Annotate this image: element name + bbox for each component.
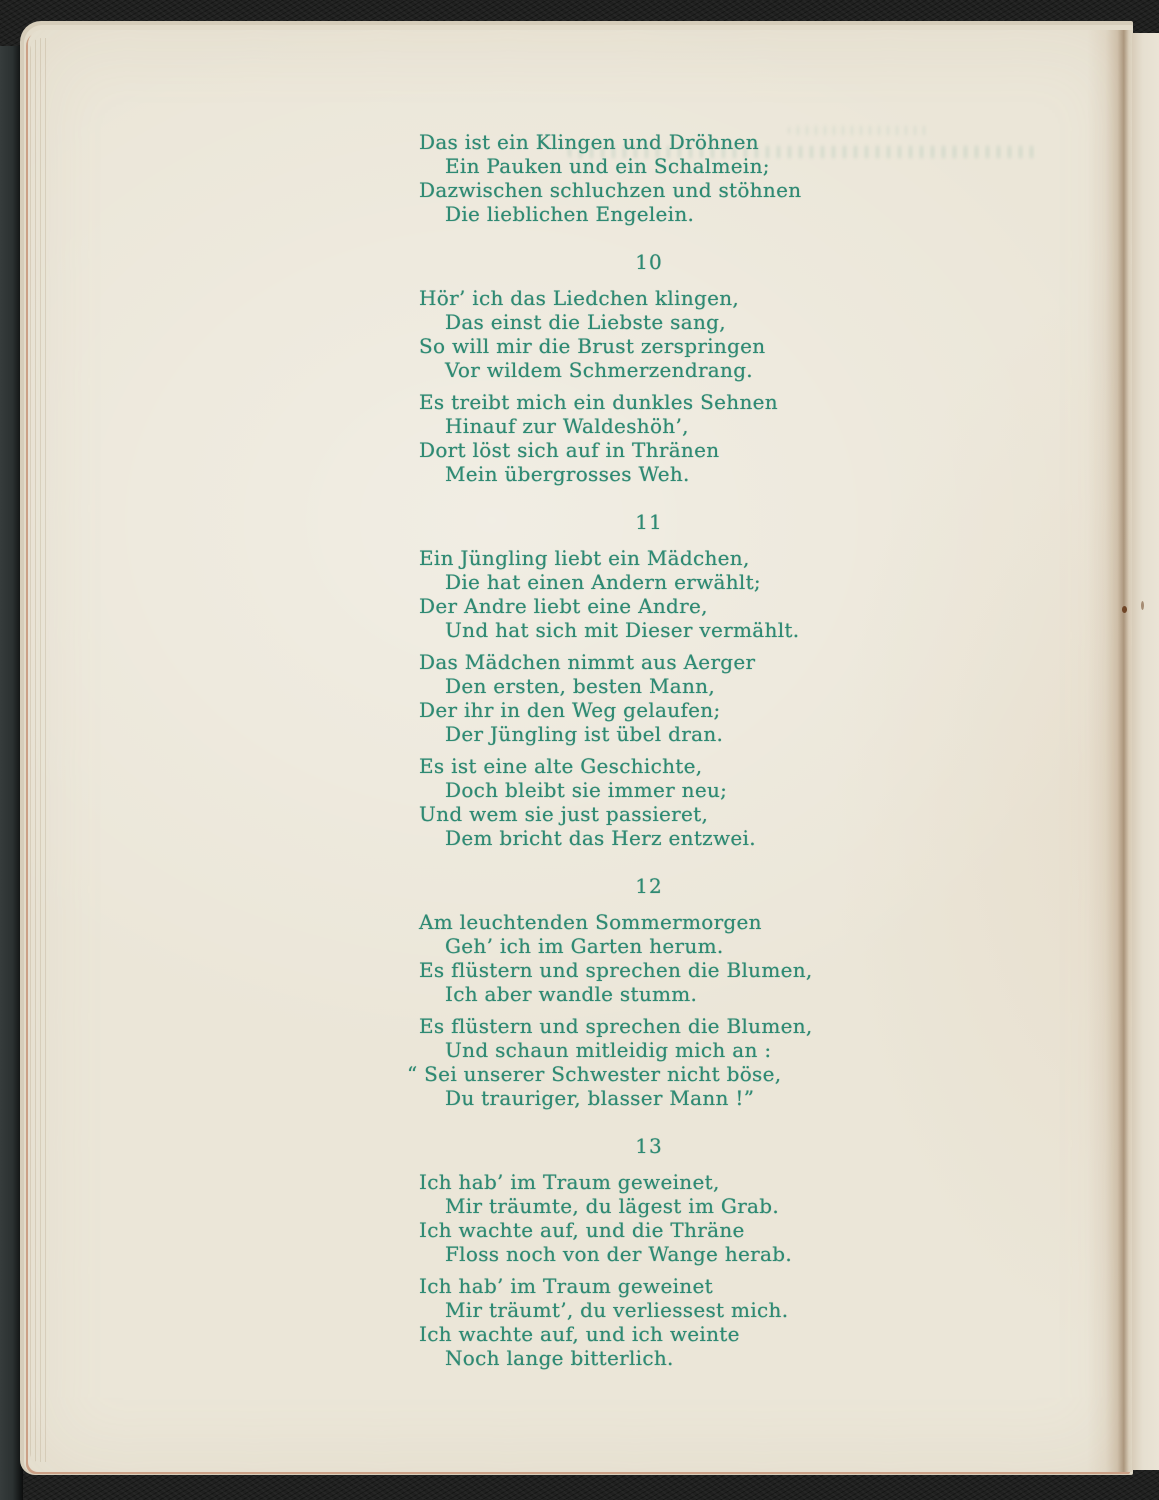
verse-line: Es treibt mich ein dunkles Sehnen <box>419 390 879 414</box>
verse-line: Dazwischen schluchzen und stöhnen <box>419 178 879 202</box>
stanza-number: 12 <box>419 874 879 898</box>
verse-line: Die lieblichen Engelein. <box>419 202 879 226</box>
verse-line: Es flüstern und sprechen die Blumen, <box>419 958 879 982</box>
verse-line: Mir träumt’, du verliessest mich. <box>419 1298 879 1322</box>
verse-line: Hör’ ich das Liedchen klingen, <box>419 286 879 310</box>
verse-line: Hinauf zur Waldeshöh’, <box>419 414 879 438</box>
verse-line: Der Jüngling ist übel dran. <box>419 722 879 746</box>
verse-line: Floss noch von der Wange herab. <box>419 1242 879 1266</box>
scan-photo: Das ist ein Klingen und Dröhnen Ein Pauk… <box>0 0 1159 1500</box>
paper-speck <box>1141 601 1144 610</box>
stanza-continuation: Das ist ein Klingen und Dröhnen Ein Pauk… <box>419 130 879 226</box>
verse-line: Mein übergrosses Weh. <box>419 462 879 486</box>
verse-line: Ein Jüngling liebt ein Mädchen, <box>419 546 879 570</box>
verse-line: So will mir die Brust zerspringen <box>419 334 879 358</box>
verse-line: Ich hab’ im Traum geweinet <box>419 1274 879 1298</box>
verse-line: Ich wachte auf, und ich weinte <box>419 1322 879 1346</box>
verse-line: Und schaun mitleidig mich an : <box>419 1038 879 1062</box>
verse-line: Es ist eine alte Geschichte, <box>419 754 879 778</box>
book-page: Das ist ein Klingen und Dröhnen Ein Pauk… <box>28 30 1132 1472</box>
verse-line: Am leuchtenden Sommermorgen <box>419 910 879 934</box>
stanza-11-quatrain-2: Das Mädchen nimmt aus Aerger Den ersten,… <box>419 650 879 746</box>
stanza-number: 10 <box>419 250 879 274</box>
stanza-11-quatrain-1: Ein Jüngling liebt ein Mädchen, Die hat … <box>419 546 879 642</box>
poem-text: Das ist ein Klingen und Dröhnen Ein Pauk… <box>419 130 879 1378</box>
verse-line: Dem bricht das Herz entzwei. <box>419 826 879 850</box>
verse-line: Der ihr in den Weg gelaufen; <box>419 698 879 722</box>
stanza-11-quatrain-3: Es ist eine alte Geschichte, Doch bleibt… <box>419 754 879 850</box>
verse-line: Du trauriger, blasser Mann !” <box>419 1086 879 1110</box>
verse-line: Das einst die Liebste sang, <box>419 310 879 334</box>
stanza-12-quatrain-1: Am leuchtenden Sommermorgen Geh’ ich im … <box>419 910 879 1006</box>
verse-line: Und hat sich mit Dieser vermählt. <box>419 618 879 642</box>
verse-line: Das Mädchen nimmt aus Aerger <box>419 650 879 674</box>
verse-line: Das ist ein Klingen und Dröhnen <box>419 130 879 154</box>
stanza-10-quatrain-2: Es treibt mich ein dunkles Sehnen Hinauf… <box>419 390 879 486</box>
verse-line: Ich aber wandle stumm. <box>419 982 879 1006</box>
page-edge-lines <box>30 38 47 1462</box>
verse-line: Und wem sie just passieret, <box>419 802 879 826</box>
verse-line: Noch lange bitterlich. <box>419 1346 879 1370</box>
verse-line: Ich wachte auf, und die Thräne <box>419 1218 879 1242</box>
next-page-edge <box>1132 33 1159 1470</box>
stanza-10-quatrain-1: Hör’ ich das Liedchen klingen, Das einst… <box>419 286 879 382</box>
verse-line: Die hat einen Andern erwählt; <box>419 570 879 594</box>
page-gutter-crease <box>1087 30 1133 1472</box>
stanza-number: 13 <box>419 1134 879 1158</box>
verse-line: Der Andre liebt eine Andre, <box>419 594 879 618</box>
verse-line: Ein Pauken und ein Schalmein; <box>419 154 879 178</box>
paper-speck <box>1122 606 1127 613</box>
stanza-12-quatrain-2: Es flüstern und sprechen die Blumen, Und… <box>419 1014 879 1110</box>
stanza-13-quatrain-2: Ich hab’ im Traum geweinet Mir träumt’, … <box>419 1274 879 1370</box>
verse-line: Dort löst sich auf in Thränen <box>419 438 879 462</box>
verse-line: Den ersten, besten Mann, <box>419 674 879 698</box>
verse-line: Doch bleibt sie immer neu; <box>419 778 879 802</box>
verse-line: Vor wildem Schmerzendrang. <box>419 358 879 382</box>
stanza-number: 11 <box>419 510 879 534</box>
verse-line: “ Sei unserer Schwester nicht böse, <box>407 1062 879 1086</box>
verse-line: Geh’ ich im Garten herum. <box>419 934 879 958</box>
verse-line: Mir träumte, du lägest im Grab. <box>419 1194 879 1218</box>
verse-line: Es flüstern und sprechen die Blumen, <box>419 1014 879 1038</box>
stanza-13-quatrain-1: Ich hab’ im Traum geweinet, Mir träumte,… <box>419 1170 879 1266</box>
verse-line: Ich hab’ im Traum geweinet, <box>419 1170 879 1194</box>
